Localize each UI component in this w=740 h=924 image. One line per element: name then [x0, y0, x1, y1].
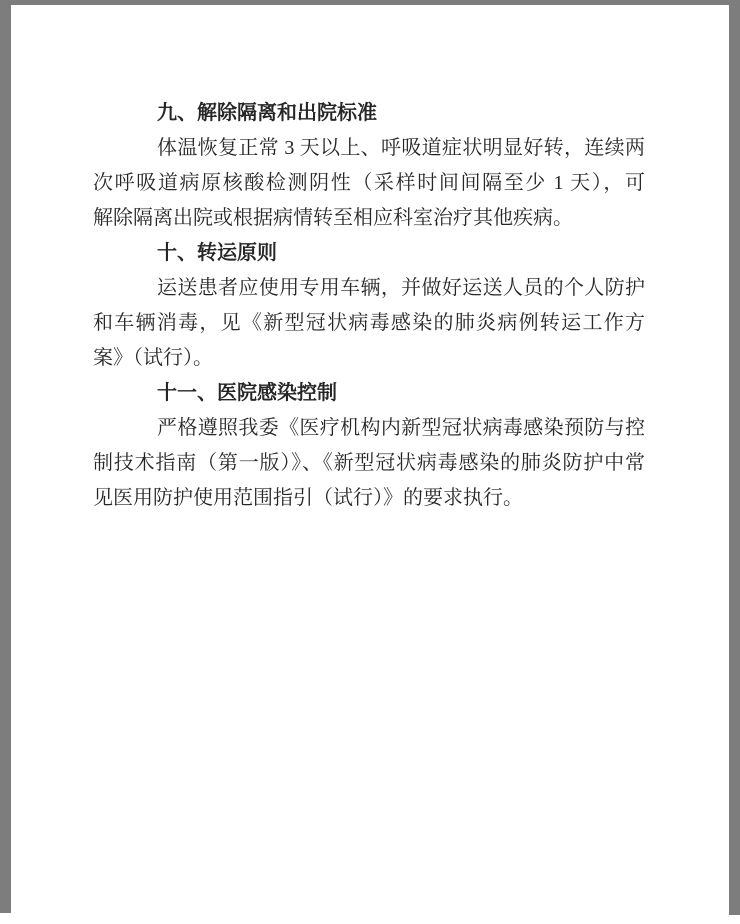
scan-border-left: [0, 0, 11, 913]
paragraph-line: 制技术指南（第一版）》、《新型冠状病毒感染的肺炎防护中常: [93, 446, 645, 481]
section-heading: 十、转运原则: [93, 236, 645, 271]
paragraph-line: 案》（试行）。: [93, 341, 645, 376]
paragraph-line: 严格遵照我委《医疗机构内新型冠状病毒感染预防与控: [93, 411, 645, 446]
paragraph-line: 运送患者应使用专用车辆，并做好运送人员的个人防护: [93, 271, 645, 306]
paragraph-line: 解除隔离出院或根据病情转至相应科室治疗其他疾病。: [93, 201, 645, 236]
document-content: 九、解除隔离和出院标准体温恢复正常 3 天以上、呼吸道症状明显好转，连续两次呼吸…: [93, 96, 645, 516]
section-heading: 九、解除隔离和出院标准: [93, 96, 645, 131]
paragraph-line: 和车辆消毒，见《新型冠状病毒感染的肺炎病例转运工作方: [93, 306, 645, 341]
screenshot-root: 九、解除隔离和出院标准体温恢复正常 3 天以上、呼吸道症状明显好转，连续两次呼吸…: [0, 0, 740, 924]
paragraph-line: 见医用防护使用范围指引（试行）》的要求执行。: [93, 481, 645, 516]
paragraph-line: 体温恢复正常 3 天以上、呼吸道症状明显好转，连续两: [93, 131, 645, 166]
document-page: 九、解除隔离和出院标准体温恢复正常 3 天以上、呼吸道症状明显好转，连续两次呼吸…: [11, 5, 729, 924]
scan-border-top: [0, 0, 740, 5]
scan-border-right: [729, 0, 740, 915]
section-heading: 十一、医院感染控制: [93, 376, 645, 411]
paragraph-line: 次呼吸道病原核酸检测阴性（采样时间间隔至少 1 天），可: [93, 166, 645, 201]
